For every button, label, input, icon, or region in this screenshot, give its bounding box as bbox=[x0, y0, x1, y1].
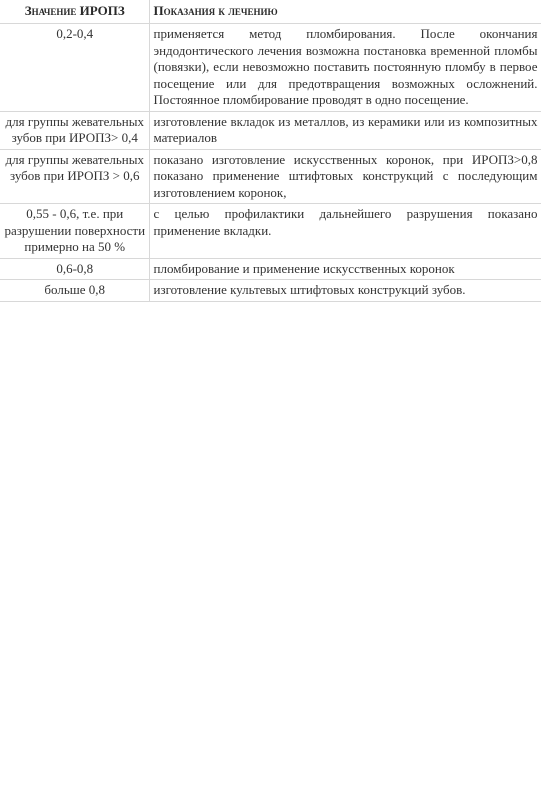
indication-cell: с целью профилактики дальнейшего разруше… bbox=[149, 204, 541, 259]
header-treatment-indications: Показания к лечению bbox=[149, 0, 541, 24]
table-header-row: Значение ИРОПЗ Показания к лечению bbox=[0, 0, 541, 24]
table-row: 0,6-0,8 пломбирование и применение искус… bbox=[0, 258, 541, 280]
indication-cell: применяется метод пломбирования. После о… bbox=[149, 24, 541, 112]
iropz-value-cell: больше 0,8 bbox=[0, 280, 149, 302]
iropz-treatment-table: Значение ИРОПЗ Показания к лечению 0,2-0… bbox=[0, 0, 541, 302]
iropz-value-cell: для группы жевательных зубов при ИРОПЗ> … bbox=[0, 111, 149, 149]
table-row: 0,55 - 0,6, т.е. при разрушении поверхно… bbox=[0, 204, 541, 259]
table-row: для группы жевательных зубов при ИРОПЗ >… bbox=[0, 149, 541, 204]
table-row: для группы жевательных зубов при ИРОПЗ> … bbox=[0, 111, 541, 149]
iropz-value-cell: 0,55 - 0,6, т.е. при разрушении поверхно… bbox=[0, 204, 149, 259]
indication-cell: пломбирование и применение искусственных… bbox=[149, 258, 541, 280]
iropz-value-cell: для группы жевательных зубов при ИРОПЗ >… bbox=[0, 149, 149, 204]
table-row: 0,2-0,4 применяется метод пломбирования.… bbox=[0, 24, 541, 112]
indication-cell: изготовление культевых штифтовых констру… bbox=[149, 280, 541, 302]
iropz-value-cell: 0,2-0,4 bbox=[0, 24, 149, 112]
iropz-value-cell: 0,6-0,8 bbox=[0, 258, 149, 280]
header-iropz-value: Значение ИРОПЗ bbox=[0, 0, 149, 24]
indication-cell: изготовление вкладок из металлов, из кер… bbox=[149, 111, 541, 149]
indication-cell: показано изготовление искусственных коро… bbox=[149, 149, 541, 204]
table-row: больше 0,8 изготовление культевых штифто… bbox=[0, 280, 541, 302]
